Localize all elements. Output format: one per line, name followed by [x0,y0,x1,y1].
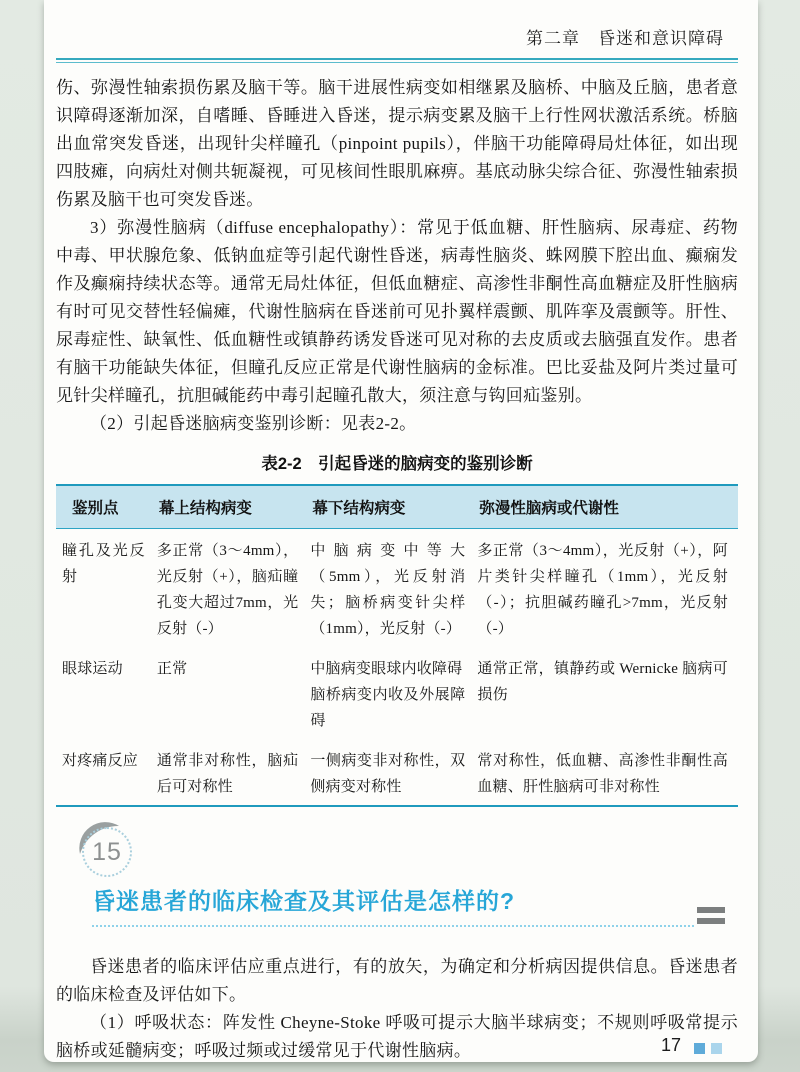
section-number-circle: 15 [82,827,132,877]
section-end-bars-icon [697,902,725,924]
cell-diffuse: 通常正常，镇静药或 Wernicke 脑病可损伤 [475,647,738,739]
section-title-underline: 昏迷患者的临床检查及其评估是怎样的? [92,883,694,927]
diagnosis-table: 鉴别点 幕上结构病变 幕下结构病变 弥漫性脑病或代谢性 瞳孔及光反射 多正常（3… [56,484,738,807]
cell-supra: 通常非对称性，脑疝后可对称性 [155,739,308,806]
cell-point: 眼球运动 [56,647,155,739]
header-double-rule [56,58,738,63]
table-caption: 表2-2 引起昏迷的脑病变的鉴别诊断 [56,450,738,474]
cell-supra: 正常 [155,647,308,739]
section-title-row: 昏迷患者的临床检查及其评估是怎样的? [92,883,738,927]
book-page: 第二章 昏迷和意识障碍 伤、弥漫性轴索损伤累及脑干等。脑干进展性病变如相继累及脑… [44,0,758,1062]
page-number: 17 [661,1035,681,1056]
cell-point: 瞳孔及光反射 [56,529,155,648]
paragraph-brainstem: 伤、弥漫性轴索损伤累及脑干等。脑干进展性病变如相继累及脑桥、中脑及丘脑，患者意识… [56,74,738,214]
cell-diffuse: 多正常（3～4mm），光反射（+），阿片类针尖样瞳孔（1mm），光反射（-）；抗… [475,529,738,648]
paragraph-table-reference: （2）引起昏迷脑病变鉴别诊断：见表2-2。 [56,410,738,438]
table-row-pupils: 瞳孔及光反射 多正常（3～4mm），光反射（+），脑疝瞳孔变大超过7mm，光反射… [56,529,738,648]
col-header-diffuse: 弥漫性脑病或代谢性 [475,485,738,529]
paragraph-evaluation-intro: 昏迷患者的临床评估应重点进行，有的放矢，为确定和分析病因提供信息。昏迷患者的临床… [56,953,738,1009]
section-title: 昏迷患者的临床检查及其评估是怎样的? [92,888,515,914]
cell-infra: 中脑病变眼球内收障碍 脑桥病变内收及外展障碍 [308,647,475,739]
cell-infra: 中脑病变中等大（5mm），光反射消失；脑桥病变针尖样（1mm），光反射（-） [308,529,475,648]
col-header-infratentorial: 幕下结构病变 [308,485,475,529]
paragraph-diffuse-encephalopathy: 3）弥漫性脑病（diffuse encephalopathy）：常见于低血糖、肝… [56,214,738,410]
col-header-supratentorial: 幕上结构病变 [155,485,308,529]
paragraph-respiration: （1）呼吸状态：阵发性 Cheyne-Stoke 呼吸可提示大脑半球病变；不规则… [56,1009,738,1065]
page-footer: 17 [661,1035,722,1056]
section-badge: 15 [56,821,738,879]
table-row-pain-response: 对疼痛反应 通常非对称性，脑疝后可对称性 一侧病变非对称性，双侧病变对称性 常对… [56,739,738,806]
cell-supra: 多正常（3～4mm），光反射（+），脑疝瞳孔变大超过7mm，光反射（-） [155,529,308,648]
chapter-header: 第二章 昏迷和意识障碍 [56,0,738,49]
cell-infra: 一侧病变非对称性，双侧病变对称性 [308,739,475,806]
section-number: 15 [92,838,122,867]
cell-diffuse: 常对称性，低血糖、高渗性非酮性高血糖、肝性脑病可非对称性 [475,739,738,806]
bar-top [697,907,725,913]
footer-square-dark-icon [694,1043,705,1054]
table-row-eye-movement: 眼球运动 正常 中脑病变眼球内收障碍 脑桥病变内收及外展障碍 通常正常，镇静药或… [56,647,738,739]
cell-point: 对疼痛反应 [56,739,155,806]
bar-bottom [697,918,725,924]
table-header-row: 鉴别点 幕上结构病变 幕下结构病变 弥漫性脑病或代谢性 [56,485,738,529]
footer-square-light-icon [711,1043,722,1054]
col-header-point: 鉴别点 [56,485,155,529]
